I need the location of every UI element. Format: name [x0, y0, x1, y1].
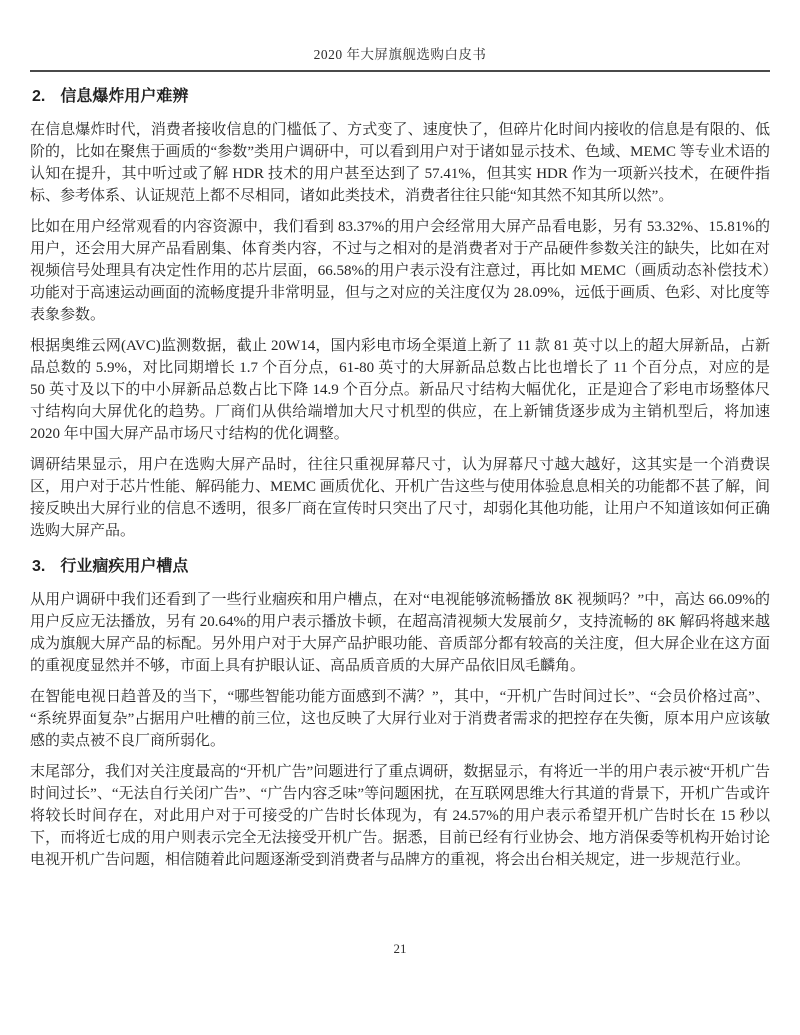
- page-header: 2020 年大屏旗舰选购白皮书: [0, 0, 800, 72]
- paragraph: 在智能电视日趋普及的当下，“哪些智能功能方面感到不满？”，其中，“开机广告时间过…: [30, 686, 770, 752]
- section-number: 3.: [32, 557, 45, 577]
- paragraph: 比如在用户经常观看的内容资源中，我们看到 83.37%的用户会经常用大屏产品看电…: [30, 216, 770, 326]
- paragraph: 从用户调研中我们还看到了一些行业痼疾和用户槽点，在对“电视能够流畅播放 8K 视…: [30, 589, 770, 677]
- section-number: 2.: [32, 87, 45, 107]
- document-page: 2020 年大屏旗舰选购白皮书 2.信息爆炸用户难辨 在信息爆炸时代，消费者接收…: [0, 0, 800, 1035]
- section-title: 信息爆炸用户难辨: [60, 88, 188, 105]
- paragraph: 根据奥维云网(AVC)监测数据，截止 20W14，国内彩电市场全渠道上新了 11…: [30, 335, 770, 445]
- header-title: 2020 年大屏旗舰选购白皮书: [0, 0, 800, 63]
- paragraph: 调研结果显示，用户在选购大屏产品时，往往只重视屏幕尺寸，认为屏幕尺寸越大越好，这…: [30, 454, 770, 542]
- page-content: 2.信息爆炸用户难辨 在信息爆炸时代，消费者接收信息的门槛低了、方式变了、速度快…: [0, 87, 800, 871]
- page-number: 21: [394, 941, 407, 956]
- section-title: 行业痼疾用户槽点: [60, 558, 188, 575]
- page-footer: 21: [0, 941, 800, 957]
- paragraph: 末尾部分，我们对关注度最高的“开机广告”问题进行了重点调研，数据显示，有将近一半…: [30, 761, 770, 871]
- section-heading-2: 2.信息爆炸用户难辨: [30, 87, 770, 107]
- section-heading-3: 3.行业痼疾用户槽点: [30, 557, 770, 577]
- header-rule: [30, 70, 770, 72]
- paragraph: 在信息爆炸时代，消费者接收信息的门槛低了、方式变了、速度快了，但碎片化时间内接收…: [30, 119, 770, 207]
